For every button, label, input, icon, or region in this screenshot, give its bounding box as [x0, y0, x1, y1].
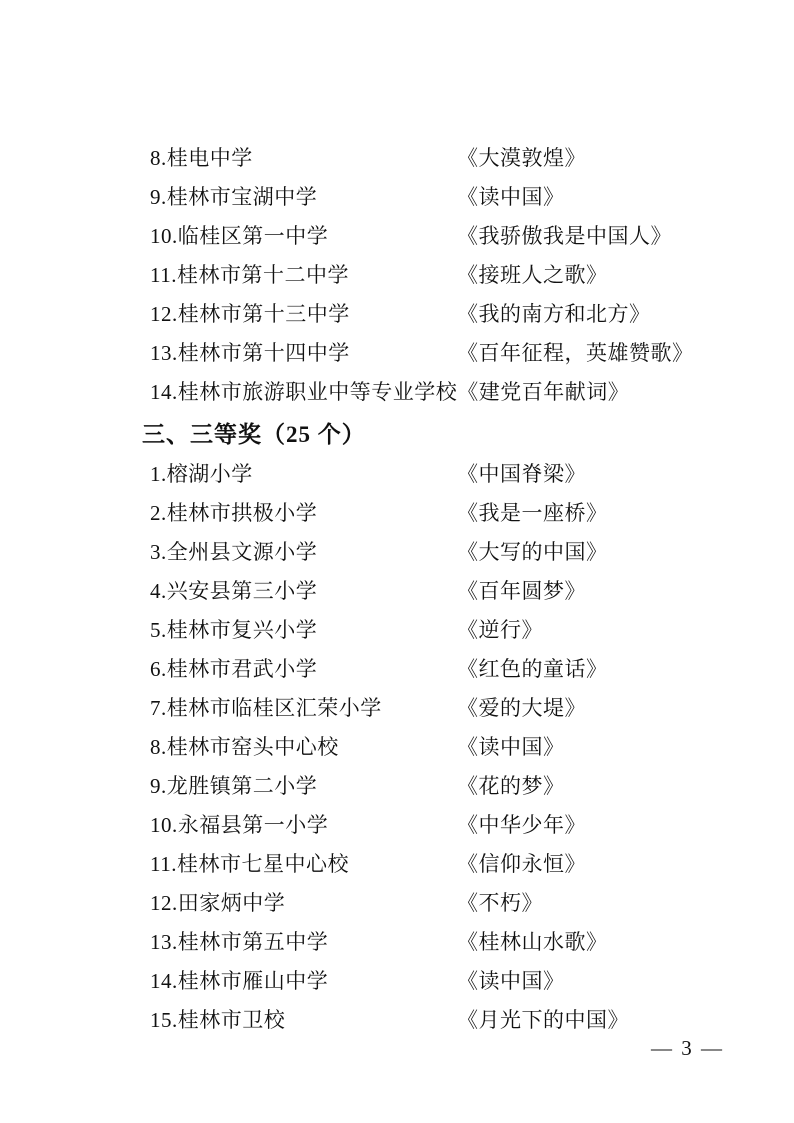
- school-name: 14.桂林市旅游职业中等专业学校: [150, 382, 457, 403]
- school-text: 龙胜镇第二小学: [167, 774, 318, 798]
- school-text: 永福县第一小学: [178, 813, 329, 837]
- school-text: 桂林市雁山中学: [178, 969, 329, 993]
- award-entry-row: 8.桂林市窑头中心校 《读中国》: [150, 737, 739, 758]
- entry-number: 9.: [150, 774, 167, 798]
- school-text: 全州县文源小学: [167, 540, 318, 564]
- work-title: 《大漠敦煌》: [457, 148, 586, 169]
- entry-number: 13.: [150, 930, 178, 954]
- work-title: 《中国脊梁》: [457, 464, 586, 485]
- second-prize-continued-section: 8.桂电中学 《大漠敦煌》 9.桂林市宝湖中学 《读中国》 10.临桂区第一中学…: [150, 148, 739, 403]
- work-title: 《读中国》: [457, 971, 565, 992]
- school-text: 桂林市宝湖中学: [167, 185, 318, 209]
- entry-number: 5.: [150, 618, 167, 642]
- award-entry-row: 14.桂林市旅游职业中等专业学校 《建党百年献词》: [150, 382, 739, 403]
- school-name: 13.桂林市第五中学: [150, 932, 457, 953]
- school-name: 11.桂林市第十二中学: [150, 265, 457, 286]
- entry-number: 11.: [150, 852, 177, 876]
- school-name: 2.桂林市拱极小学: [150, 503, 457, 524]
- school-name: 11.桂林市七星中心校: [150, 854, 457, 875]
- school-name: 8.桂林市窑头中心校: [150, 737, 457, 758]
- school-text: 田家炳中学: [178, 891, 286, 915]
- award-entry-row: 14.桂林市雁山中学 《读中国》: [150, 971, 739, 992]
- entry-number: 10.: [150, 224, 178, 248]
- school-name: 13.桂林市第十四中学: [150, 343, 457, 364]
- entry-number: 3.: [150, 540, 167, 564]
- work-title: 《接班人之歌》: [457, 265, 608, 286]
- award-entry-row: 10.临桂区第一中学 《我骄傲我是中国人》: [150, 226, 739, 247]
- work-title: 《我是一座桥》: [457, 503, 608, 524]
- school-text: 桂林市七星中心校: [177, 852, 349, 876]
- school-name: 4.兴安县第三小学: [150, 581, 457, 602]
- school-name: 10.临桂区第一中学: [150, 226, 457, 247]
- award-entry-row: 6.桂林市君武小学 《红色的童话》: [150, 659, 739, 680]
- school-name: 9.桂林市宝湖中学: [150, 187, 457, 208]
- entry-number: 9.: [150, 185, 167, 209]
- school-name: 6.桂林市君武小学: [150, 659, 457, 680]
- school-name: 9.龙胜镇第二小学: [150, 776, 457, 797]
- entry-number: 15.: [150, 1008, 178, 1032]
- entry-number: 8.: [150, 735, 167, 759]
- work-title: 《爱的大堤》: [457, 698, 586, 719]
- school-text: 兴安县第三小学: [167, 579, 318, 603]
- school-text: 榕湖小学: [167, 462, 253, 486]
- school-text: 临桂区第一中学: [178, 224, 329, 248]
- entry-number: 8.: [150, 146, 167, 170]
- work-title: 《我的南方和北方》: [457, 304, 651, 325]
- work-title: 《中华少年》: [457, 815, 586, 836]
- school-name: 7.桂林市临桂区汇荣小学: [150, 698, 457, 719]
- award-entry-row: 12.田家炳中学 《不朽》: [150, 893, 739, 914]
- entry-number: 1.: [150, 462, 167, 486]
- entry-number: 12.: [150, 302, 178, 326]
- entry-number: 13.: [150, 341, 178, 365]
- work-title: 《桂林山水歌》: [457, 932, 608, 953]
- award-list-document: 8.桂电中学 《大漠敦煌》 9.桂林市宝湖中学 《读中国》 10.临桂区第一中学…: [150, 148, 739, 1049]
- school-text: 桂林市临桂区汇荣小学: [167, 696, 382, 720]
- award-entry-row: 9.龙胜镇第二小学 《花的梦》: [150, 776, 739, 797]
- work-title: 《月光下的中国》: [457, 1010, 629, 1031]
- award-entry-row: 8.桂电中学 《大漠敦煌》: [150, 148, 739, 169]
- entry-number: 11.: [150, 263, 177, 287]
- third-prize-section: 1.榕湖小学 《中国脊梁》 2.桂林市拱极小学 《我是一座桥》 3.全州县文源小…: [150, 464, 739, 1031]
- page-number: — 3 —: [651, 1038, 724, 1059]
- school-name: 10.永福县第一小学: [150, 815, 457, 836]
- work-title: 《大写的中国》: [457, 542, 608, 563]
- school-text: 桂林市卫校: [178, 1008, 286, 1032]
- work-title: 《逆行》: [457, 620, 543, 641]
- award-entry-row: 2.桂林市拱极小学 《我是一座桥》: [150, 503, 739, 524]
- entry-number: 14.: [150, 969, 178, 993]
- entry-number: 10.: [150, 813, 178, 837]
- award-entry-row: 13.桂林市第五中学 《桂林山水歌》: [150, 932, 739, 953]
- school-text: 桂林市拱极小学: [167, 501, 318, 525]
- school-text: 桂林市第十三中学: [178, 302, 350, 326]
- entry-number: 4.: [150, 579, 167, 603]
- school-text: 桂林市君武小学: [167, 657, 318, 681]
- school-text: 桂林市第十二中学: [177, 263, 349, 287]
- work-title: 《百年征程，英雄赞歌》: [457, 343, 694, 364]
- school-text: 桂林市窑头中心校: [167, 735, 339, 759]
- award-entry-row: 5.桂林市复兴小学 《逆行》: [150, 620, 739, 641]
- award-entry-row: 9.桂林市宝湖中学 《读中国》: [150, 187, 739, 208]
- award-entry-row: 11.桂林市七星中心校 《信仰永恒》: [150, 854, 739, 875]
- work-title: 《读中国》: [457, 187, 565, 208]
- work-title: 《我骄傲我是中国人》: [457, 226, 672, 247]
- school-text: 桂林市旅游职业中等专业学校: [178, 380, 458, 404]
- award-entry-row: 10.永福县第一小学 《中华少年》: [150, 815, 739, 836]
- work-title: 《百年圆梦》: [457, 581, 586, 602]
- entry-number: 14.: [150, 380, 178, 404]
- award-entry-row: 4.兴安县第三小学 《百年圆梦》: [150, 581, 739, 602]
- entry-number: 6.: [150, 657, 167, 681]
- school-name: 12.田家炳中学: [150, 893, 457, 914]
- award-entry-row: 15.桂林市卫校 《月光下的中国》: [150, 1010, 739, 1031]
- school-name: 14.桂林市雁山中学: [150, 971, 457, 992]
- entry-number: 2.: [150, 501, 167, 525]
- entry-number: 7.: [150, 696, 167, 720]
- award-entry-row: 12.桂林市第十三中学 《我的南方和北方》: [150, 304, 739, 325]
- award-entry-row: 1.榕湖小学 《中国脊梁》: [150, 464, 739, 485]
- school-name: 8.桂电中学: [150, 148, 457, 169]
- school-name: 12.桂林市第十三中学: [150, 304, 457, 325]
- third-prize-heading: 三、三等奖（25 个）: [142, 423, 739, 447]
- work-title: 《不朽》: [457, 893, 543, 914]
- school-text: 桂电中学: [167, 146, 253, 170]
- school-name: 5.桂林市复兴小学: [150, 620, 457, 641]
- work-title: 《信仰永恒》: [457, 854, 586, 875]
- school-text: 桂林市复兴小学: [167, 618, 318, 642]
- work-title: 《花的梦》: [457, 776, 565, 797]
- award-entry-row: 3.全州县文源小学 《大写的中国》: [150, 542, 739, 563]
- school-name: 15.桂林市卫校: [150, 1010, 457, 1031]
- award-entry-row: 13.桂林市第十四中学 《百年征程，英雄赞歌》: [150, 343, 739, 364]
- school-text: 桂林市第五中学: [178, 930, 329, 954]
- school-name: 1.榕湖小学: [150, 464, 457, 485]
- entry-number: 12.: [150, 891, 178, 915]
- work-title: 《红色的童话》: [457, 659, 608, 680]
- school-text: 桂林市第十四中学: [178, 341, 350, 365]
- school-name: 3.全州县文源小学: [150, 542, 457, 563]
- work-title: 《读中国》: [457, 737, 565, 758]
- award-entry-row: 7.桂林市临桂区汇荣小学 《爱的大堤》: [150, 698, 739, 719]
- award-entry-row: 11.桂林市第十二中学 《接班人之歌》: [150, 265, 739, 286]
- work-title: 《建党百年献词》: [457, 382, 629, 403]
- document-page: 8.桂电中学 《大漠敦煌》 9.桂林市宝湖中学 《读中国》 10.临桂区第一中学…: [0, 0, 794, 1123]
